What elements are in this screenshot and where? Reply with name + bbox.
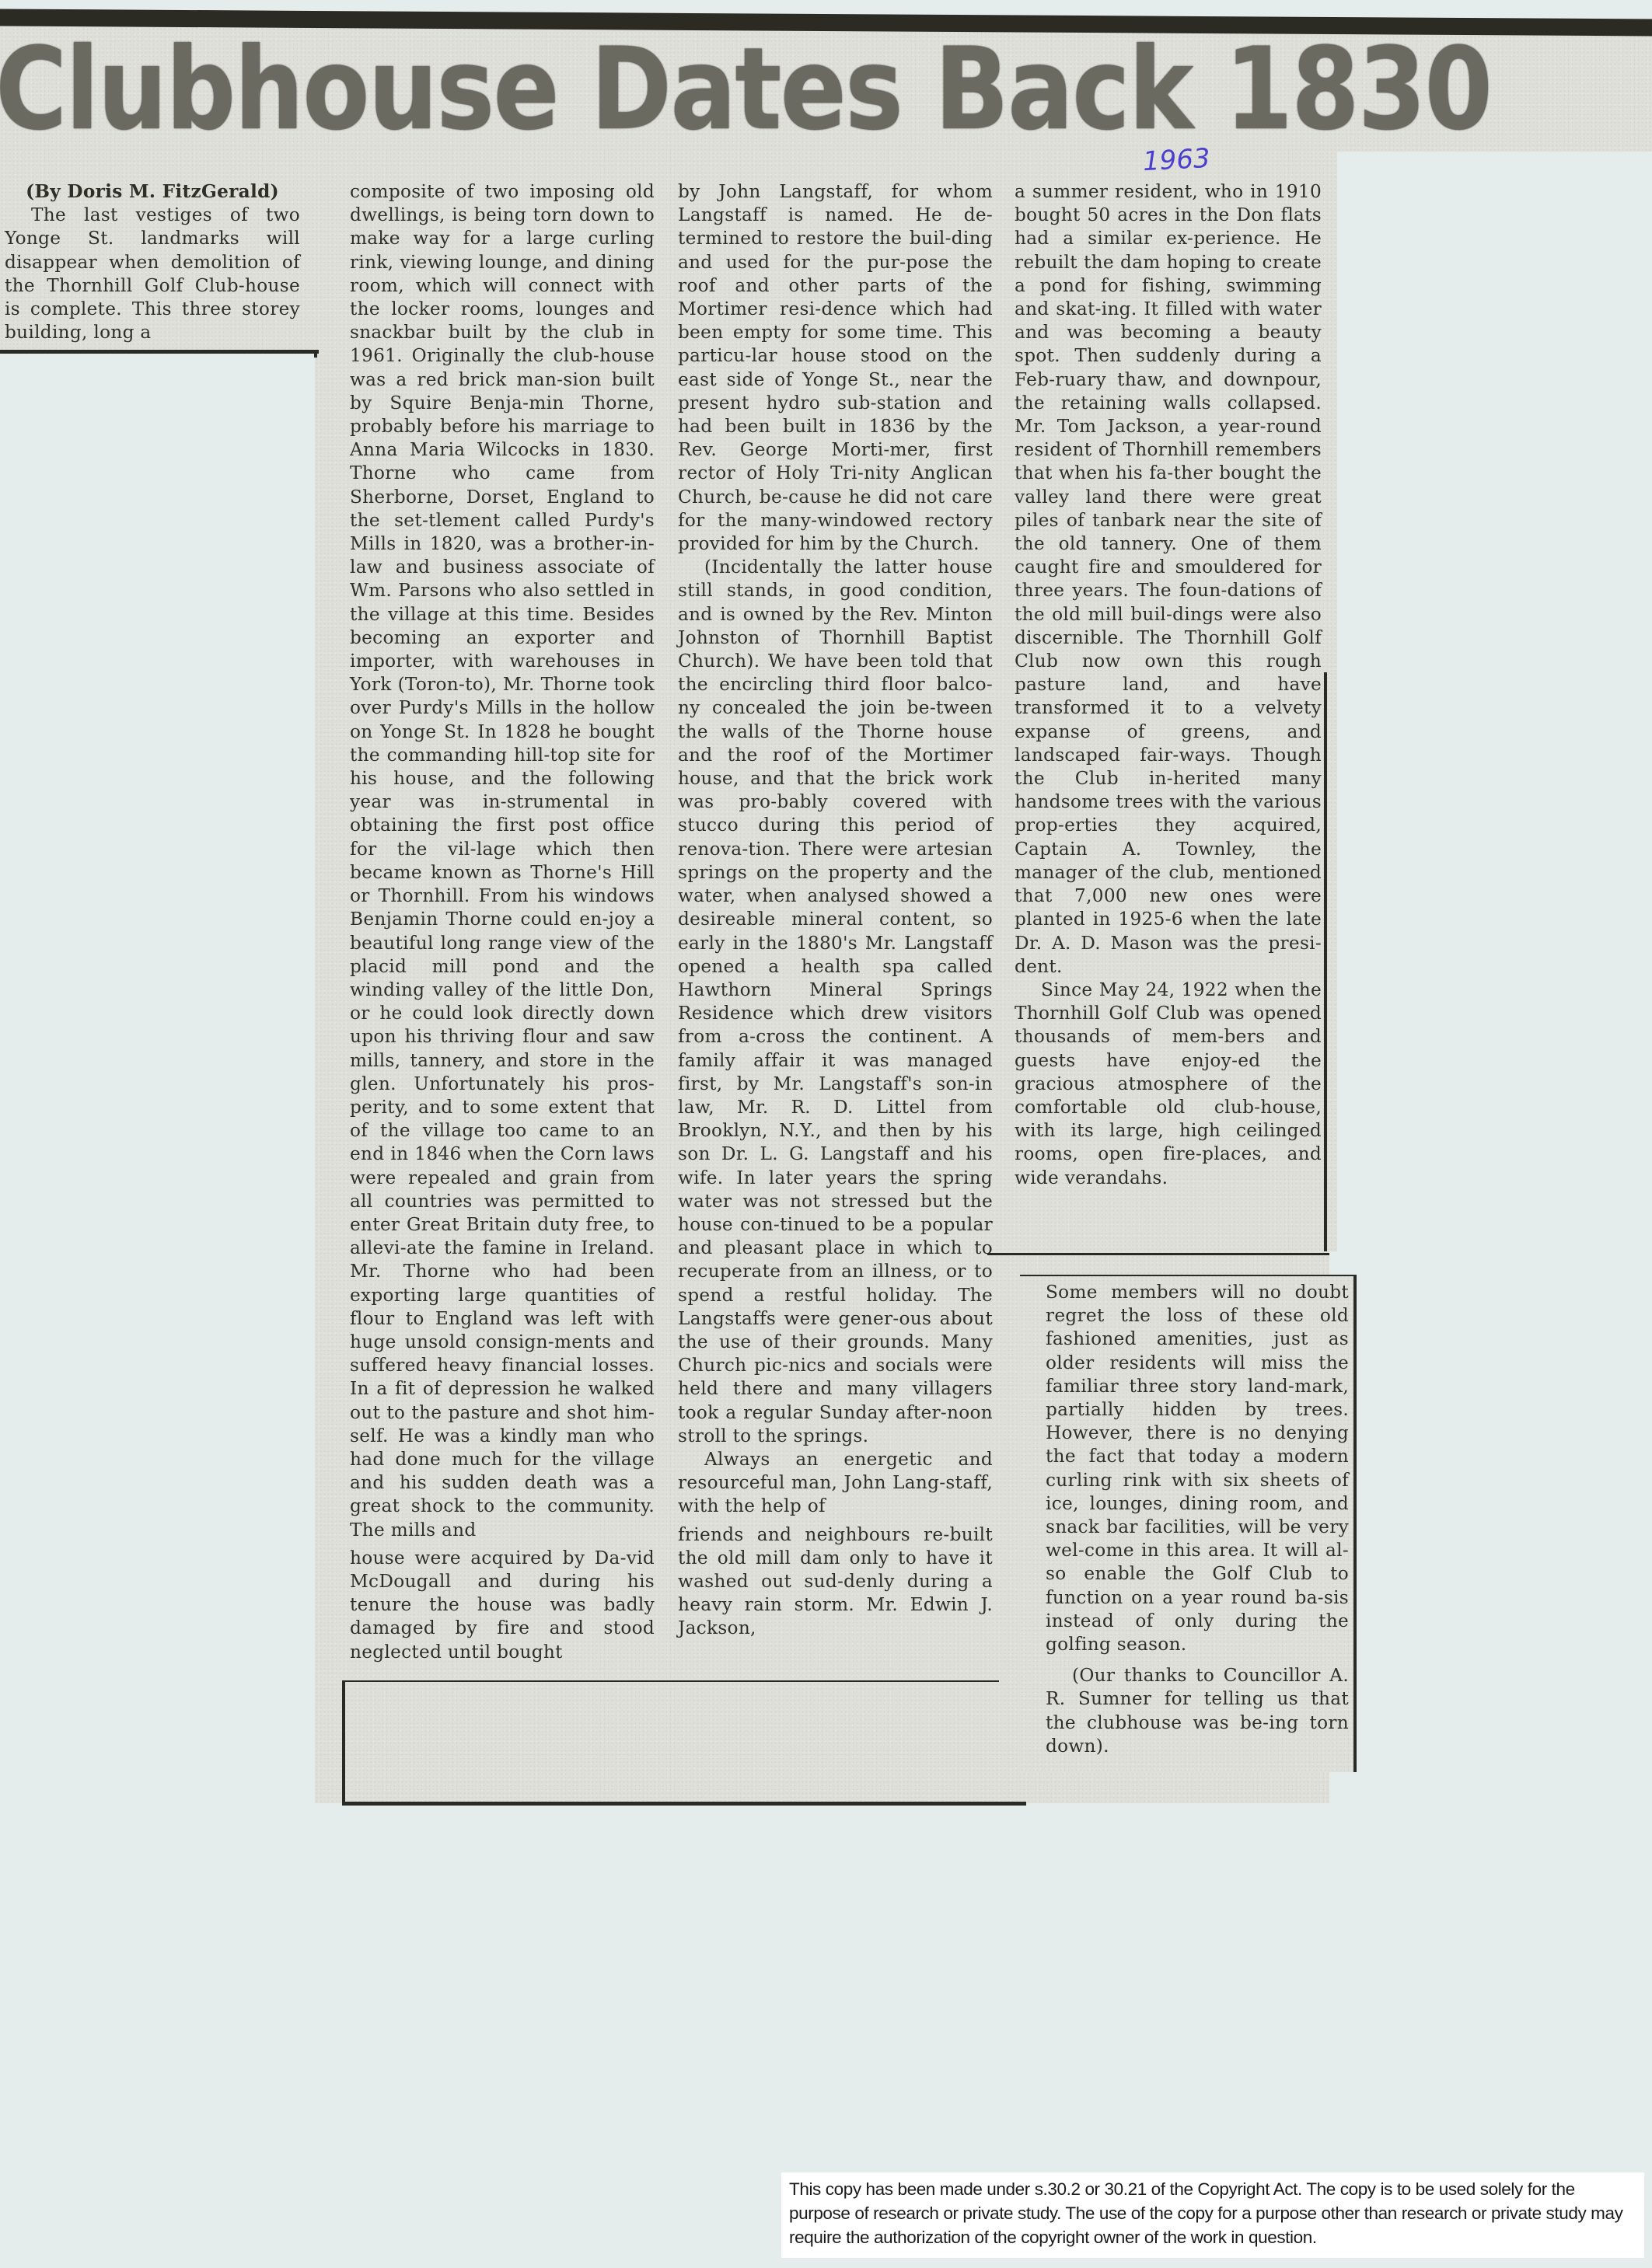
column-rule: [987, 1253, 1329, 1255]
copyright-notice: This copy has been made under s.30.2 or …: [781, 2172, 1644, 2258]
paragraph: friends and neighbours re-built the old …: [678, 1523, 993, 1641]
cut-edge: [342, 1682, 345, 1805]
article-column-4: a summer resident, who in 1910 bought 50…: [1015, 180, 1322, 1190]
cut-edge: [0, 350, 319, 354]
byline: (By Doris M. FitzGerald): [5, 180, 300, 204]
paragraph: Some members will no doubt regret the lo…: [1046, 1281, 1349, 1656]
cut-edge: [342, 1802, 1026, 1806]
article-closing-box: Some members will no doubt regret the lo…: [1046, 1281, 1349, 1758]
paragraph: The last vestiges of two Yonge St. landm…: [5, 204, 300, 344]
cut-edge: [314, 350, 317, 358]
box-rule: [1020, 1275, 1354, 1276]
paragraph: Always an energetic and resourceful man,…: [678, 1448, 993, 1519]
article-column-2: composite of two imposing old dwellings,…: [350, 180, 655, 1664]
paragraph: house were acquired by Da-vid McDougall …: [350, 1547, 655, 1664]
headline: Clubhouse Dates Back 1830: [0, 33, 1491, 146]
paragraph: composite of two imposing old dwellings,…: [350, 180, 655, 1542]
article-column-3: by John Langstaff, for whom Langstaff is…: [678, 180, 993, 1641]
column-rule: [342, 1680, 999, 1682]
article-column-1: (By Doris M. FitzGerald) The last vestig…: [5, 180, 300, 344]
paragraph: (Our thanks to Councillor A. R. Sumner f…: [1046, 1664, 1349, 1758]
handwritten-year-annotation: 1963: [1142, 143, 1211, 177]
paragraph: by John Langstaff, for whom Langstaff is…: [678, 180, 993, 556]
paragraph: Since May 24, 1922 when the Thornhill Go…: [1015, 979, 1322, 1190]
paragraph: a summer resident, who in 1910 bought 50…: [1015, 180, 1322, 979]
box-rule: [1353, 1275, 1357, 1772]
column-rule: [1324, 672, 1327, 1251]
paragraph: (Incidentally the latter house still sta…: [678, 556, 993, 1448]
